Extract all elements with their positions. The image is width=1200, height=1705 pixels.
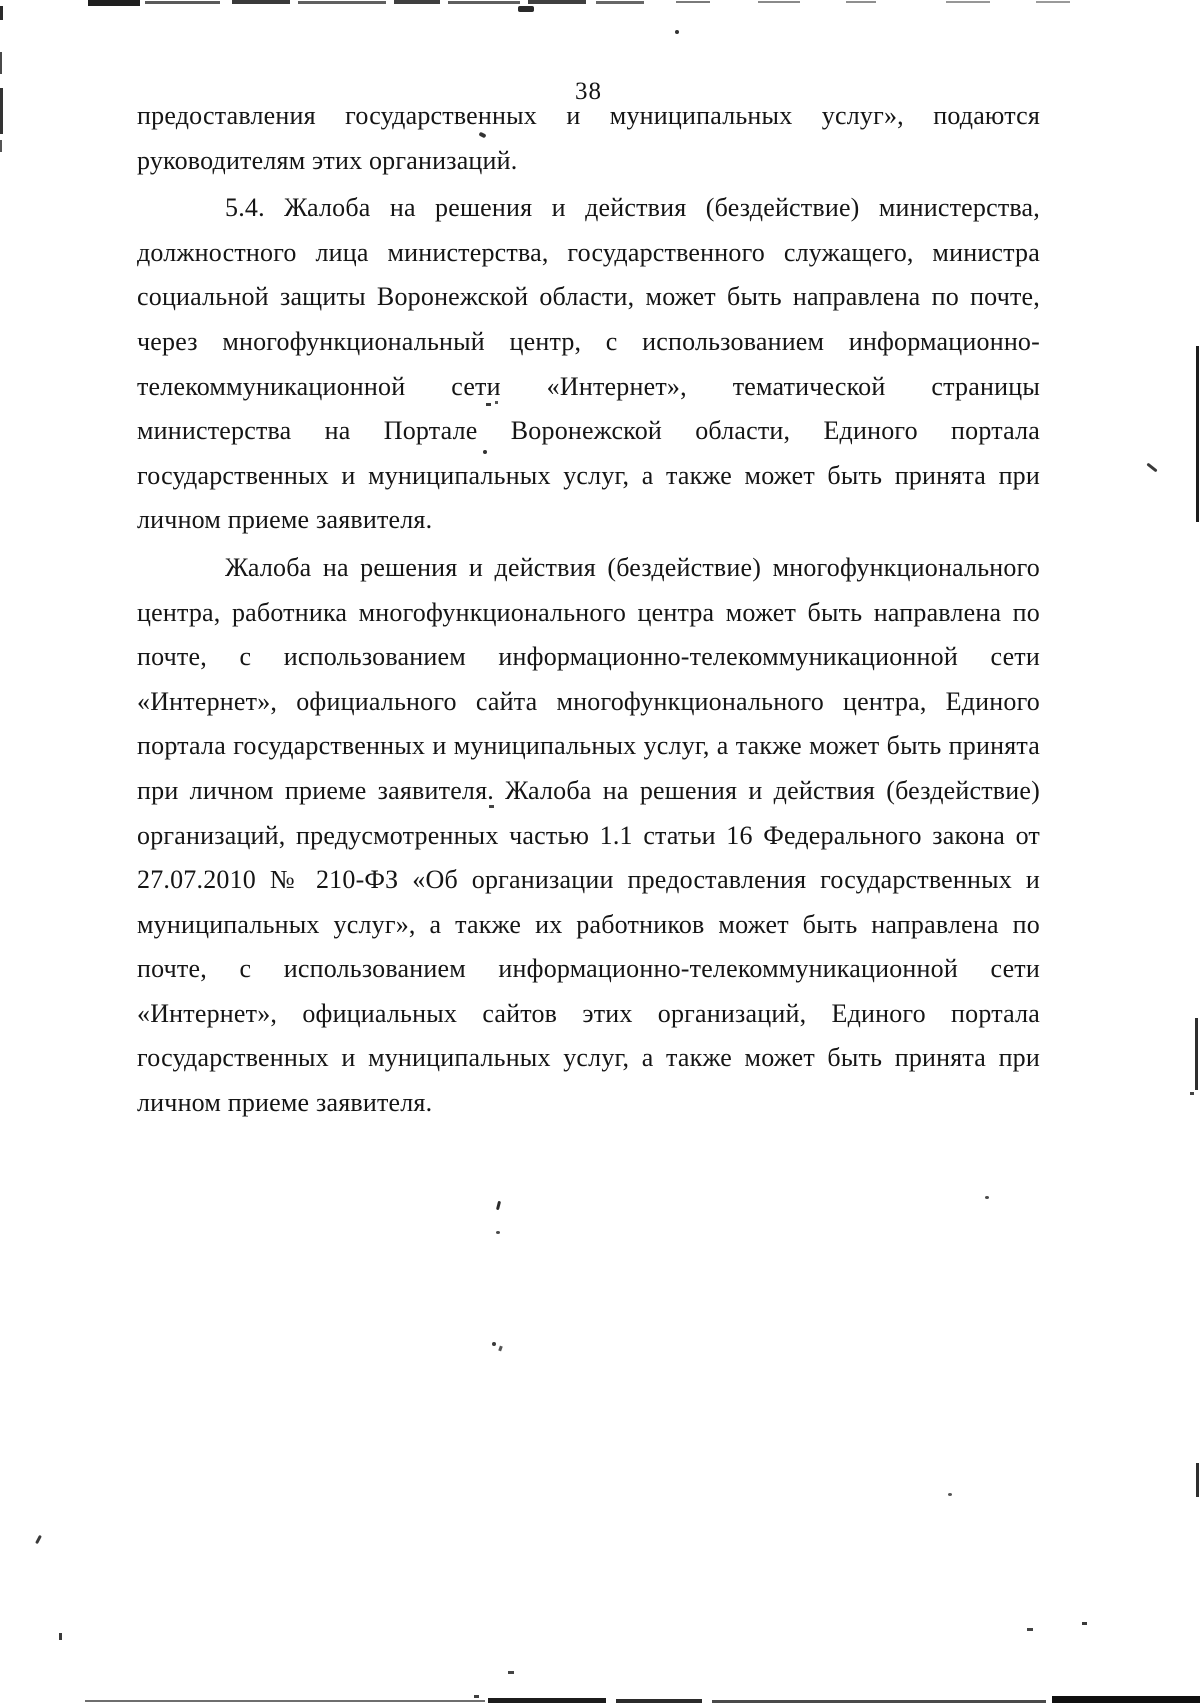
scan-noise-mark xyxy=(498,1346,503,1352)
text-line: центра, работника многофункционального ц… xyxy=(137,591,1040,636)
text-line: 5.4. Жалоба на решения и действия (безде… xyxy=(137,186,1040,231)
scan-noise-dot xyxy=(985,1196,989,1199)
text-line: должностного лица министерства, государс… xyxy=(137,231,1040,276)
scan-edge-right xyxy=(1196,1463,1199,1497)
scan-edge-bottom xyxy=(85,1700,485,1702)
scan-noise-mark xyxy=(495,401,498,404)
text-line: государственных и муниципальных услуг, а… xyxy=(137,454,1040,499)
text-line: «Интернет», официальных сайтов этих орга… xyxy=(137,992,1040,1037)
scan-edge-top xyxy=(298,1,386,4)
scan-edge-top xyxy=(448,1,520,4)
scan-edge-bottom xyxy=(616,1699,702,1703)
scan-edge-right xyxy=(1196,346,1199,522)
text-line: социальной защиты Воронежской области, м… xyxy=(137,275,1040,320)
scan-noise-tick xyxy=(1190,1092,1194,1095)
text-line: руководителям этих организаций. xyxy=(137,139,1040,184)
scan-noise-mark xyxy=(508,1671,514,1674)
scan-edge-top xyxy=(88,0,140,6)
scan-edge-top xyxy=(946,1,990,3)
scan-noise-mark xyxy=(496,1201,501,1210)
scan-edge-top xyxy=(846,1,876,3)
scan-noise-dot xyxy=(496,1231,500,1234)
scan-edge-right xyxy=(1195,1018,1198,1090)
text-line: Жалоба на решения и действия (бездействи… xyxy=(137,546,1040,591)
scan-edge-left xyxy=(0,140,2,152)
scan-noise-dot xyxy=(492,1342,496,1346)
text-line: 27.07.2010 № 210-ФЗ «Об организации пред… xyxy=(137,858,1040,903)
text-line: личном приеме заявителя. xyxy=(137,498,1040,543)
text-line: государственных и муниципальных услуг, а… xyxy=(137,1036,1040,1081)
scan-noise-dot xyxy=(483,450,487,454)
scan-edge-left xyxy=(0,52,2,74)
scan-edge-bottom xyxy=(488,1698,606,1703)
text-line: министерства на Портале Воронежской обла… xyxy=(137,409,1040,454)
scan-noise-mark xyxy=(474,1695,479,1698)
scan-edge-bottom xyxy=(1052,1696,1200,1703)
text-line: организаций, предусмотренных частью 1.1 … xyxy=(137,814,1040,859)
scan-edge-top xyxy=(596,1,644,4)
scan-noise-dot xyxy=(675,30,679,34)
scan-edge-bottom xyxy=(712,1700,1046,1703)
text-line: почте, с использованием информационно-те… xyxy=(137,947,1040,992)
text-line: через многофункциональный центр, с испол… xyxy=(137,320,1040,365)
text-line: портала государственных и муниципальных … xyxy=(137,724,1040,769)
scan-noise-mark xyxy=(518,6,534,12)
scan-noise-comma xyxy=(1146,463,1157,473)
scan-edge-top xyxy=(232,0,290,4)
scan-noise-mark xyxy=(489,805,494,808)
scan-edge-left xyxy=(0,6,3,20)
text-line: личном приеме заявителя. xyxy=(137,1081,1040,1126)
scan-edge-top xyxy=(394,0,440,4)
text-line: почте, с использованием информационно-те… xyxy=(137,635,1040,680)
text-line: «Интернет», официального сайта многофунк… xyxy=(137,680,1040,725)
text-line: телекоммуникационной сети «Интернет», те… xyxy=(137,365,1040,410)
scan-noise-mark xyxy=(486,403,491,406)
text-line: муниципальных услуг», а также их работни… xyxy=(137,903,1040,948)
document-text-block: предоставления государственных и муницип… xyxy=(137,94,1040,1126)
scan-edge-top xyxy=(528,0,586,4)
scan-edge-top xyxy=(1036,1,1070,3)
scan-noise-mark xyxy=(1082,1622,1087,1625)
scan-edge-left xyxy=(0,88,3,134)
text-line: при личном приеме заявителя. Жалоба на р… xyxy=(137,769,1040,814)
scan-noise-mark xyxy=(59,1633,62,1640)
text-line: предоставления государственных и муницип… xyxy=(137,94,1040,139)
scan-edge-top xyxy=(758,1,800,3)
scan-edge-top xyxy=(145,1,220,4)
scan-noise-mark xyxy=(1027,1628,1033,1631)
scan-noise-mark xyxy=(35,1535,42,1544)
scanned-document-page: 38 предоставления государственных и муни… xyxy=(0,0,1200,1705)
scan-edge-top xyxy=(676,1,710,3)
scan-noise-dot xyxy=(948,1493,952,1496)
